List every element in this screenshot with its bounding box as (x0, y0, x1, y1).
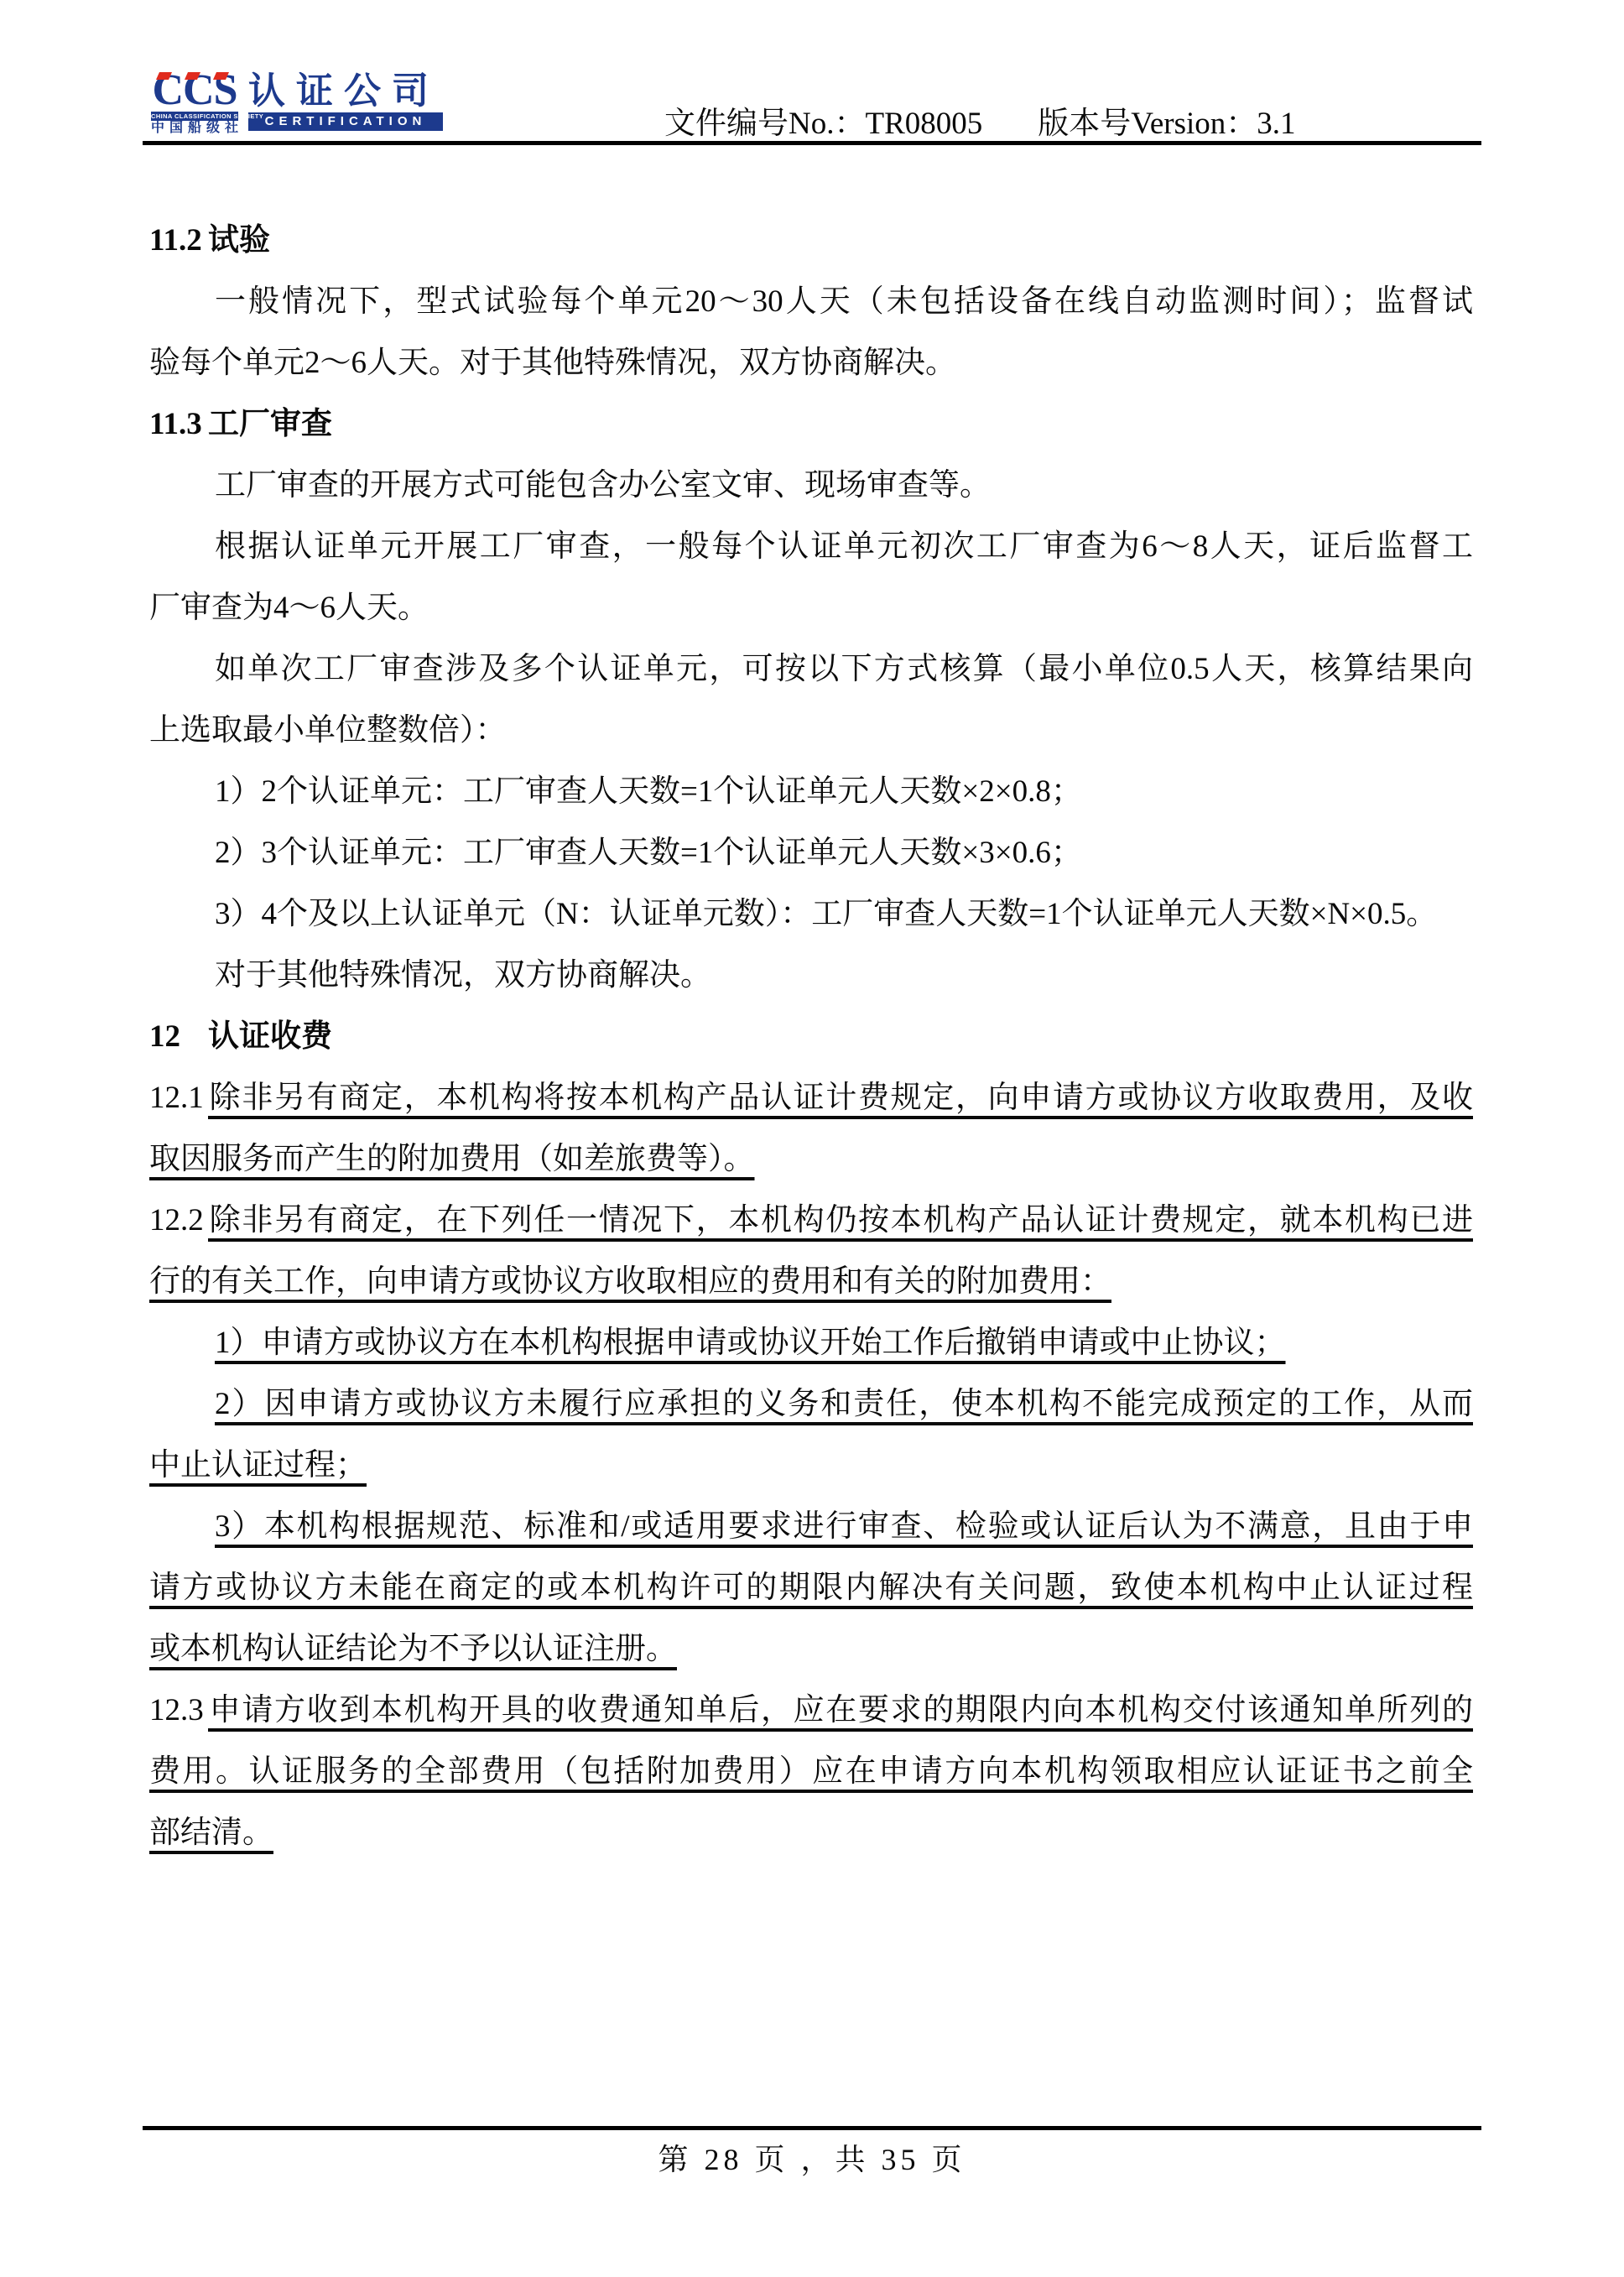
clause-text: 对于其他特殊情况，双方协商解决。 (215, 958, 711, 993)
text-line: 或本机构认证结论为不予以认证注册。 (149, 1618, 1473, 1680)
document-page: CCS CHINA CLASSIFICATION SOCIETY 中国船级社 认… (0, 0, 1624, 2277)
clause-text: 2）因申请方或协议方未履行应承担的义务和责任，使本机构不能完成预定的工作，从而 (215, 1387, 1473, 1421)
clause-text: 如单次工厂审查涉及多个认证单元，可按以下方式核算（最小单位0.5人天，核算结果向 (215, 652, 1473, 686)
section-title: 认证收费 (208, 1019, 332, 1054)
section-number: 12 (149, 1006, 208, 1067)
text-line: 工厂审查的开展方式可能包含办公室文审、现场审查等。 (149, 455, 1473, 516)
ccs-society-cn-label: 中国船级社 (151, 122, 238, 135)
section-heading: 11.3工厂审查 (149, 393, 1473, 455)
clause-text: 1）2个认证单元：工厂审查人天数=1个认证单元人天数×2×0.8； (215, 774, 1082, 809)
text-line: 根据认证单元开展工厂审查，一般每个认证单元初次工厂审查为6～8人天，证后监督工 (149, 516, 1473, 577)
clause-text: 上选取最小单位整数倍）： (149, 713, 507, 748)
text-line: 12.2除非另有商定，在下列任一情况下，本机构仍按本机构产品认证计费规定，就本机… (149, 1190, 1473, 1251)
ccs-logo-right: 认证公司 CERTIFICATION (248, 70, 443, 135)
text-line: 行的有关工作，向申请方或协议方收取相应的费用和有关的附加费用： (149, 1251, 1473, 1312)
clause-text: 厂审查为4～6人天。 (149, 591, 429, 625)
doc-number-label: 文件编号No.：TR08005 (664, 107, 982, 141)
clause-text: 中止认证过程； (149, 1448, 367, 1482)
clause-text: 3）4个及以上认证单元（N：认证单元数）：工厂审查人天数=1个认证单元人天数×N… (215, 897, 1437, 931)
doc-version-label: 版本号Version：3.1 (1038, 107, 1295, 141)
clause-text: 工厂审查的开展方式可能包含办公室文审、现场审查等。 (215, 468, 991, 503)
ccs-logo: CCS CHINA CLASSIFICATION SOCIETY 中国船级社 认… (151, 70, 443, 135)
clause-text: 申请方收到本机构开具的收费通知单后，应在要求的期限内向本机构交付该通知单所列的 (208, 1693, 1473, 1727)
text-line: 对于其他特殊情况，双方协商解决。 (149, 945, 1473, 1006)
clause-text: 或本机构认证结论为不予以认证注册。 (149, 1632, 677, 1666)
text-line: 2）因申请方或协议方未履行应承担的义务和责任，使本机构不能完成预定的工作，从而 (149, 1373, 1473, 1435)
clause-text: 根据认证单元开展工厂审查，一般每个认证单元初次工厂审查为6～8人天，证后监督工 (215, 529, 1473, 564)
text-line: 费用。认证服务的全部费用（包括附加费用）应在申请方向本机构领取相应认证证书之前全 (149, 1741, 1473, 1802)
clause-text: 一般情况下，型式试验每个单元20～30人天（未包括设备在线自动监测时间）；监督试 (215, 284, 1473, 319)
text-line: 3）4个及以上认证单元（N：认证单元数）：工厂审查人天数=1个认证单元人天数×N… (149, 883, 1473, 945)
text-line: 1）申请方或协议方在本机构根据申请或协议开始工作后撤销申请或中止协议； (149, 1312, 1473, 1373)
text-line: 一般情况下，型式试验每个单元20～30人天（未包括设备在线自动监测时间）；监督试 (149, 271, 1473, 332)
text-line: 上选取最小单位整数倍）： (149, 700, 1473, 761)
text-line: 如单次工厂审查涉及多个认证单元，可按以下方式核算（最小单位0.5人天，核算结果向 (149, 638, 1473, 700)
clause-text: 请方或协议方未能在商定的或本机构许可的期限内解决有关问题，致使本机构中止认证过程 (149, 1571, 1473, 1605)
section-number: 11.2 (149, 210, 208, 271)
section-number: 11.3 (149, 393, 208, 455)
document-body: 11.2试验一般情况下，型式试验每个单元20～30人天（未包括设备在线自动监测时… (149, 210, 1473, 1863)
text-line: 1）2个认证单元：工厂审查人天数=1个认证单元人天数×2×0.8； (149, 761, 1473, 822)
clause-text: 除非另有商定，在下列任一情况下，本机构仍按本机构产品认证计费规定，就本机构已进 (208, 1203, 1473, 1237)
text-line: 厂审查为4～6人天。 (149, 577, 1473, 638)
clause-number: 12.1 (149, 1067, 208, 1128)
clause-text: 除非另有商定，本机构将按本机构产品认证计费规定，向申请方或协议方收取费用，及收 (208, 1081, 1473, 1115)
text-line: 12.1除非另有商定，本机构将按本机构产品认证计费规定，向申请方或协议方收取费用… (149, 1067, 1473, 1128)
section-heading: 11.2试验 (149, 210, 1473, 271)
text-line: 中止认证过程； (149, 1435, 1473, 1496)
section-title: 试验 (208, 223, 270, 258)
certification-company-cn-label: 认证公司 (248, 74, 443, 109)
text-line: 取因服务而产生的附加费用（如差旅费等）。 (149, 1128, 1473, 1190)
text-line: 3）本机构根据规范、标准和/或适用要求进行审查、检验或认证后认为不满意，且由于申 (149, 1496, 1473, 1557)
ccs-logo-left: CCS CHINA CLASSIFICATION SOCIETY 中国船级社 (151, 70, 238, 135)
text-line: 验每个单元2～6人天。对于其他特殊情况，双方协商解决。 (149, 332, 1473, 393)
ccs-society-en-bar: CHINA CLASSIFICATION SOCIETY (151, 112, 238, 121)
section-heading: 12认证收费 (149, 1006, 1473, 1067)
clause-text: 2）3个认证单元：工厂审查人天数=1个认证单元人天数×3×0.6； (215, 836, 1082, 870)
footer-rule (143, 2126, 1481, 2130)
clause-text: 费用。认证服务的全部费用（包括附加费用）应在申请方向本机构领取相应认证证书之前全 (149, 1754, 1473, 1789)
clause-text: 1）申请方或协议方在本机构根据申请或协议开始工作后撤销申请或中止协议； (215, 1326, 1286, 1360)
clause-number: 12.2 (149, 1190, 208, 1251)
clause-text: 验每个单元2～6人天。对于其他特殊情况，双方协商解决。 (149, 346, 956, 380)
document-meta: 文件编号No.：TR08005版本号Version：3.1 (664, 97, 1296, 143)
clause-text: 3）本机构根据规范、标准和/或适用要求进行审查、检验或认证后认为不满意，且由于申 (215, 1509, 1473, 1544)
clause-text: 部结清。 (149, 1816, 273, 1850)
clause-text: 取因服务而产生的附加费用（如差旅费等）。 (149, 1142, 755, 1176)
clause-text: 行的有关工作，向申请方或协议方收取相应的费用和有关的附加费用： (149, 1264, 1111, 1299)
text-line: 部结清。 (149, 1802, 1473, 1863)
certification-en-bar: CERTIFICATION (248, 112, 443, 131)
page-number: 第 28 页 ，共 35 页 (0, 2134, 1624, 2185)
text-line: 2）3个认证单元：工厂审查人天数=1个认证单元人天数×3×0.6； (149, 822, 1473, 883)
clause-number: 12.3 (149, 1680, 208, 1741)
text-line: 请方或协议方未能在商定的或本机构许可的期限内解决有关问题，致使本机构中止认证过程 (149, 1557, 1473, 1618)
text-line: 12.3申请方收到本机构开具的收费通知单后，应在要求的期限内向本机构交付该通知单… (149, 1680, 1473, 1741)
section-title: 工厂审查 (208, 407, 332, 441)
header-rule (143, 141, 1481, 145)
